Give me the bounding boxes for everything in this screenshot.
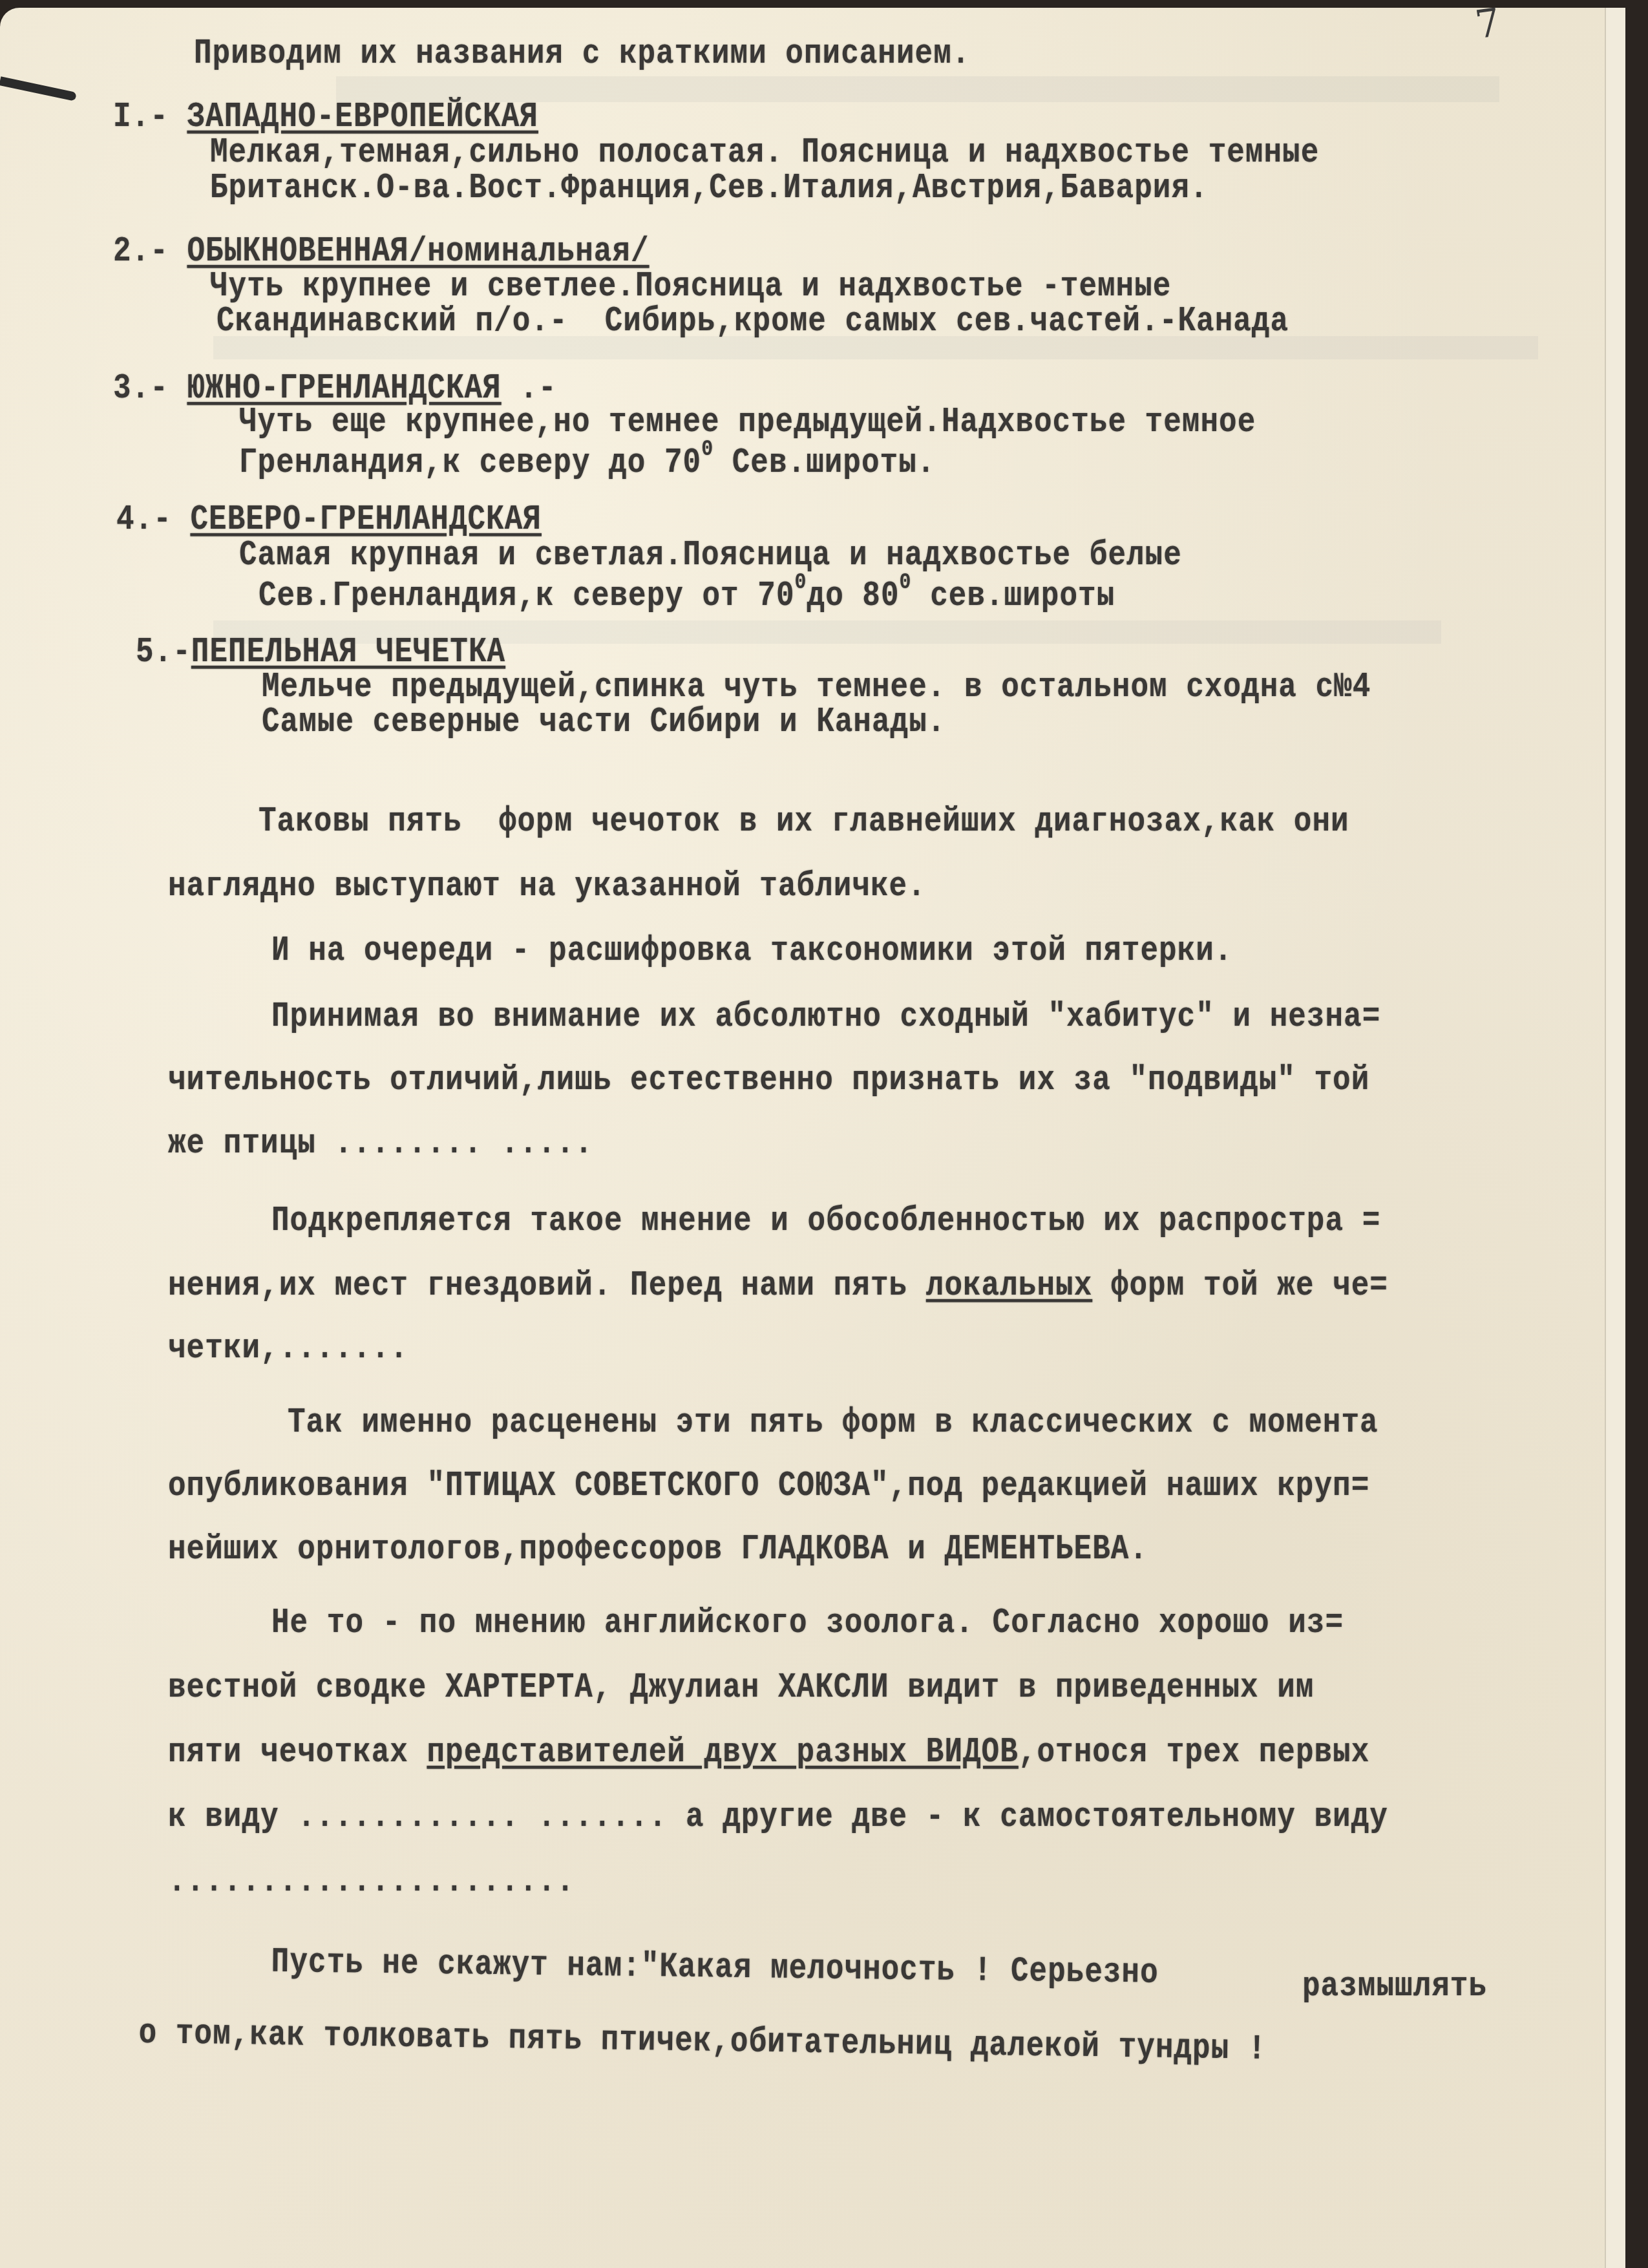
paragraph-4-line-2: нения,их мест гнездовий. Перед нами пять… [168, 1266, 1388, 1305]
form-4-description: Самая крупная и светлая.Поясница и надхв… [239, 535, 1182, 575]
paragraph-6-line-2: вестной сводке ХАРТЕРТА, Джулиан ХАКСЛИ … [168, 1668, 1314, 1707]
paragraph-3-line-1: Принимая во внимание их абсолютно сходны… [271, 997, 1380, 1036]
intro-line: Приводим их названия с краткими описание… [194, 34, 970, 73]
form-4-name: СЕВЕРО-ГРЕНЛАНДСКАЯ [190, 500, 542, 539]
page-edge [1605, 8, 1625, 2268]
form-5-description: Мельче предыдущей,спинка чуть темнее. в … [262, 667, 1371, 706]
form-1-heading: I.- ЗАПАДНО-ЕВРОПЕЙСКАЯ [113, 97, 538, 136]
form-4-range: Сев.Гренландия,к северу от 700до 800 сев… [259, 570, 1115, 616]
form-5-heading: 5.-ПЕПЕЛЬНАЯ ЧЕЧЕТКА [136, 632, 505, 672]
emphasis-local: локальных [926, 1266, 1092, 1305]
paragraph-6-line-5: ...................... [168, 1861, 575, 1901]
paragraph-1-line-1: Таковы пять форм чечоток в их главнейших… [259, 801, 1349, 841]
form-5-name: ПЕПЕЛЬНАЯ ЧЕЧЕТКА [191, 632, 505, 672]
paragraph-3-line-3: же птицы ........ ..... [168, 1123, 593, 1163]
form-4-heading: 4.- СЕВЕРО-ГРЕНЛАНДСКАЯ [116, 500, 542, 539]
paragraph-4-line-3: четки,....... [168, 1328, 408, 1368]
paragraph-6-line-4: к виду ............ ....... а другие две… [168, 1797, 1388, 1836]
paragraph-5-line-2: опубликования "ПТИЦАХ СОВЕТСКОГО СОЮЗА",… [168, 1466, 1369, 1505]
paragraph-5-line-1: Так именно расценены эти пять форм в кла… [288, 1403, 1379, 1442]
paragraph-5-line-3: нейших орнитологов,профессоров ГЛАДКОВА … [168, 1529, 1148, 1569]
emphasis-two-species: представителей двух разных ВИДОВ [427, 1732, 1018, 1772]
form-3-description: Чуть еще крупнее,но темнее предыдущей.На… [239, 402, 1256, 441]
paragraph-7-line-1-end: размышлять [1302, 1966, 1487, 2006]
form-5-range: Самые северные части Сибири и Канады. [262, 702, 945, 741]
paragraph-6-line-3: пяти чечотках представителей двух разных… [168, 1732, 1369, 1772]
form-2-description: Чуть крупнее и светлее.Поясница и надхво… [210, 266, 1171, 306]
form-3-range: Гренландия,к северу до 700 Сев.широты. [239, 437, 935, 483]
form-2-range: Скандинавский п/о.- Сибирь,кроме самых с… [217, 301, 1289, 341]
paragraph-1-line-2: наглядно выступают на указанной табличке… [168, 866, 926, 906]
form-2-heading: 2.- ОБЫКНОВЕННАЯ/номинальная/ [113, 231, 650, 271]
form-1-range: Британск.О-ва.Вост.Франция,Сев.Италия,Ав… [210, 168, 1209, 207]
paragraph-3-line-2: чительность отличий,лишь естественно при… [168, 1060, 1369, 1099]
paragraph-4-line-1: Подкрепляется такое мнение и обособленно… [271, 1201, 1380, 1240]
paragraph-2: И на очереди - расшифровка таксономики э… [271, 931, 1232, 970]
form-2-name: ОБЫКНОВЕННАЯ/номинальная/ [187, 231, 649, 271]
form-1-description: Мелкая,темная,сильно полосатая. Поясница… [210, 132, 1319, 172]
paragraph-6-line-1: Не то - по мнению английского зоолога. С… [271, 1603, 1344, 1642]
form-1-name: ЗАПАДНО-ЕВРОПЕЙСКАЯ [187, 97, 538, 136]
